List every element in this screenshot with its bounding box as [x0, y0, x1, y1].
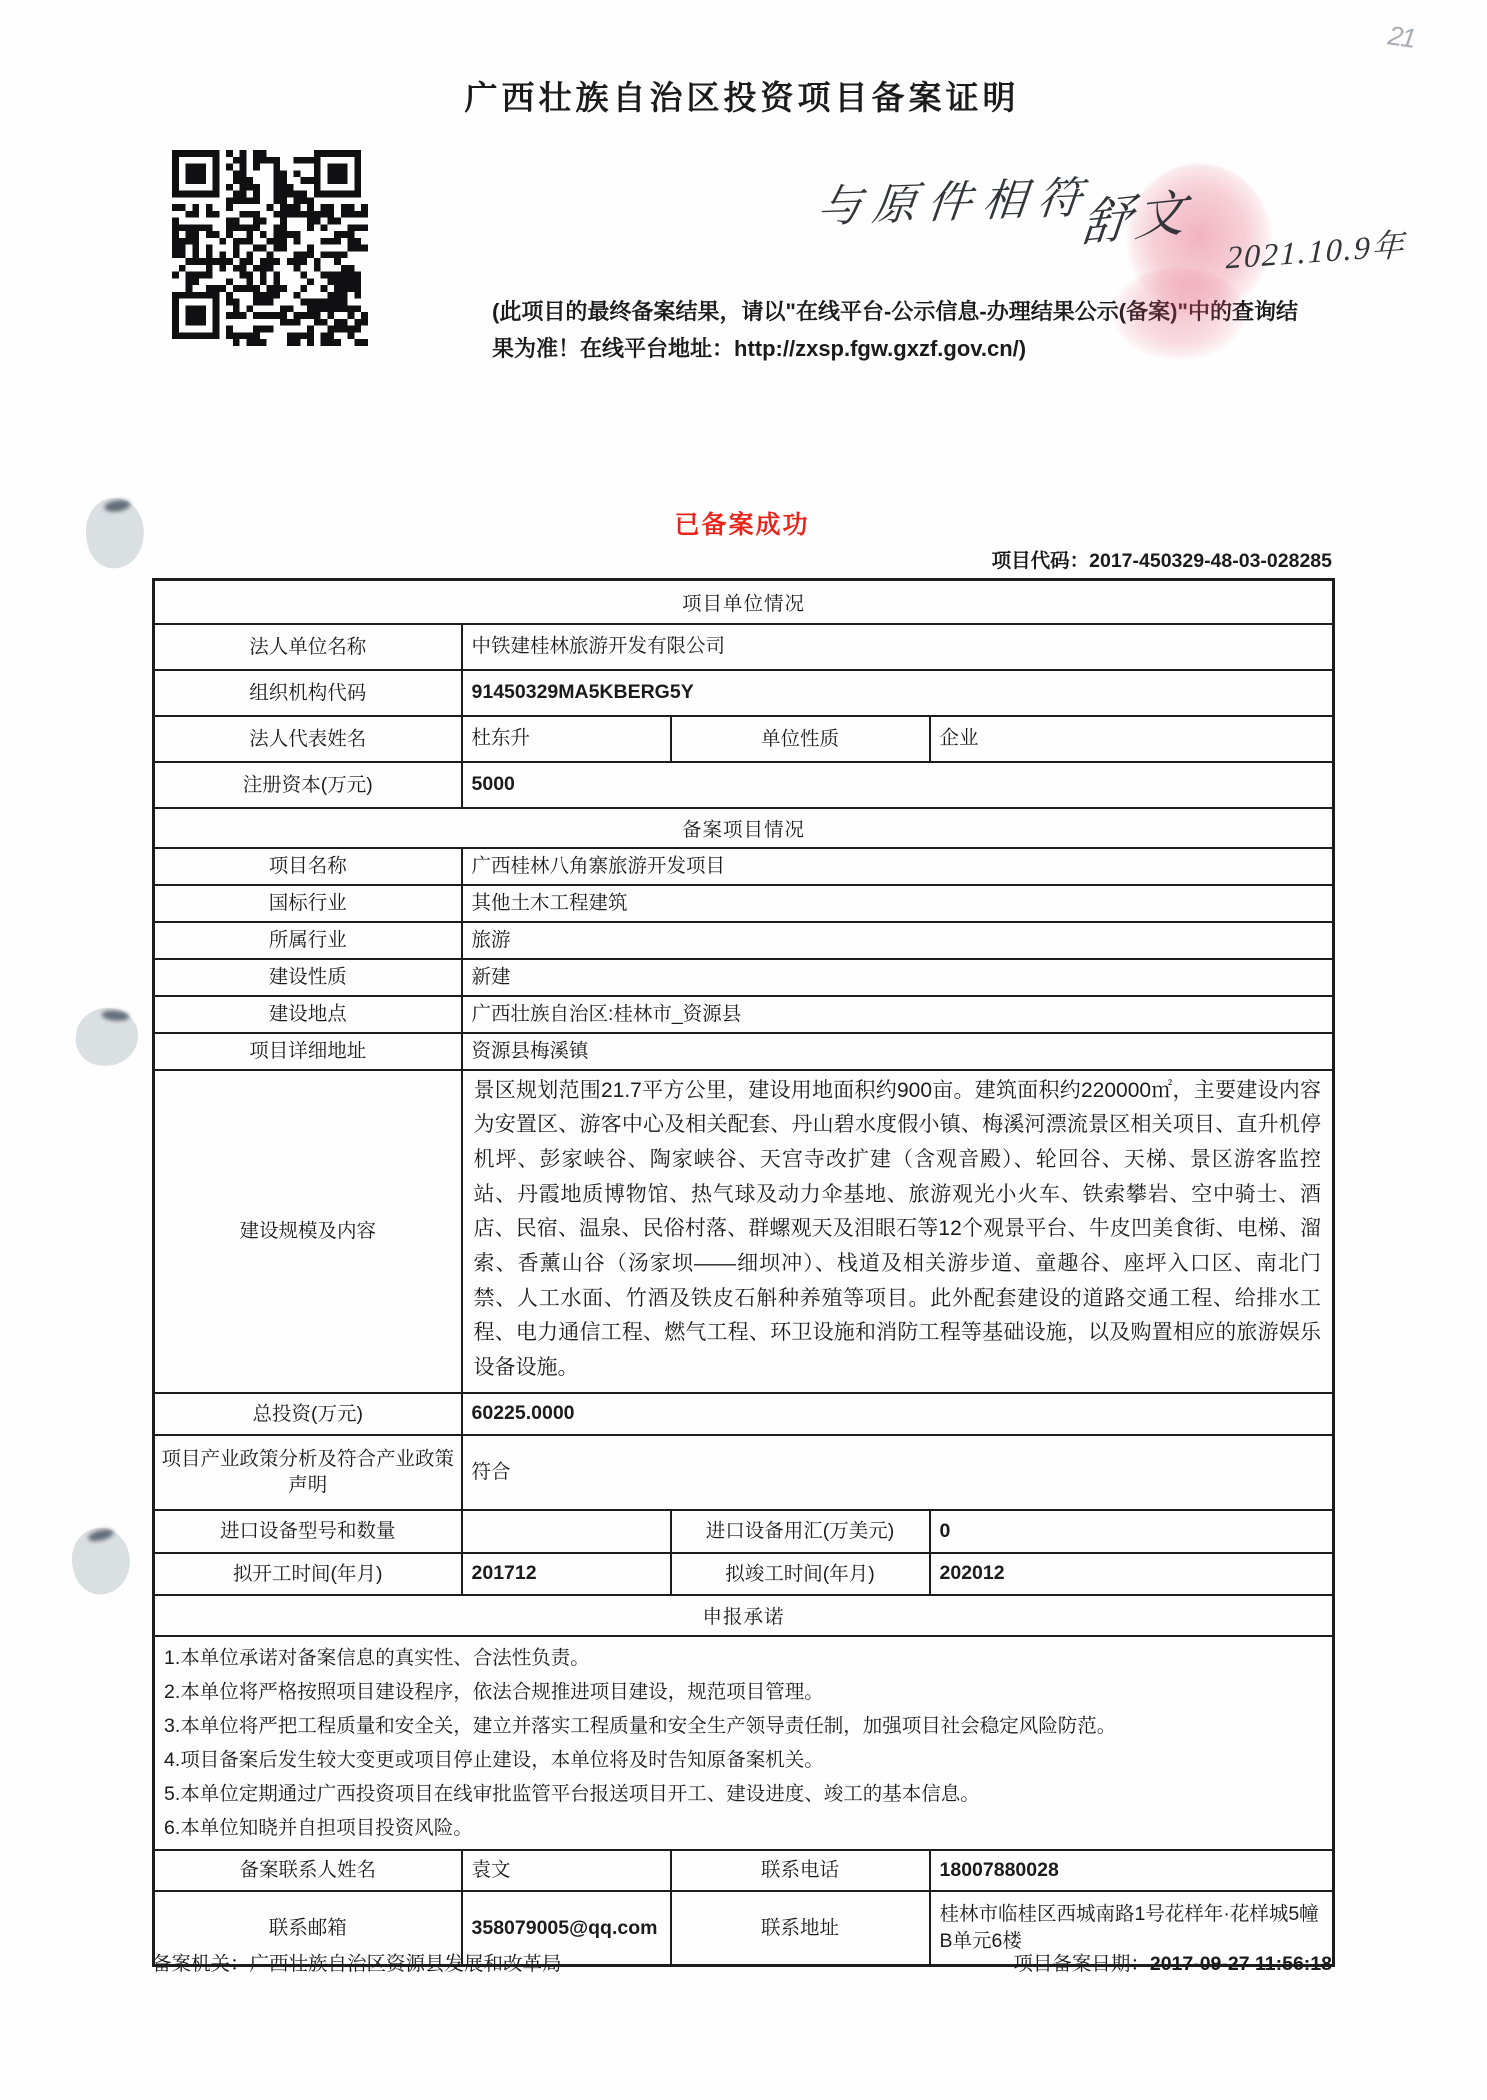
field-label: 国标行业: [154, 885, 462, 922]
filing-status-text: 已备案成功: [152, 505, 1332, 541]
red-fingerprint-stamp-smudge: [1112, 268, 1246, 360]
field-label: 建设地点: [154, 996, 462, 1033]
qr-code-icon: [172, 150, 368, 346]
field-label: 联系电话: [671, 1850, 930, 1891]
table-row: 进口设备型号和数量 进口设备用汇(万美元) 0: [154, 1510, 1334, 1553]
table-row: 项目产业政策分析及符合产业政策声明 符合: [154, 1435, 1334, 1510]
scanned-document-page: 21 广西壮族自治区投资项目备案证明 (此项目的最终备案结果，请以"在线平台-公…: [0, 0, 1487, 2100]
filing-date: 项目备案日期：2017-09-27 11:56:18: [1013, 1948, 1332, 1976]
field-value: 杜东升: [462, 716, 671, 762]
filing-authority: 备案机关：广西壮族自治区资源县发展和改革局: [152, 1948, 562, 1976]
project-code-label: 项目代码：: [992, 550, 1090, 572]
filing-table: 项目单位情况 法人单位名称 中铁建桂林旅游开发有限公司 组织机构代码 91450…: [152, 578, 1335, 1967]
punch-hole-artifact: [81, 494, 148, 571]
commitment-item: 6.本单位知晓并自担项目投资风险。: [164, 1811, 1323, 1845]
field-label: 法人单位名称: [154, 624, 462, 670]
field-label: 建设规模及内容: [154, 1070, 462, 1393]
table-row: 法人单位名称 中铁建桂林旅游开发有限公司: [154, 624, 1334, 670]
field-value: 0: [930, 1510, 1334, 1553]
field-value: 符合: [462, 1435, 1334, 1510]
field-label: 单位性质: [671, 716, 930, 762]
field-label: 组织机构代码: [154, 670, 462, 716]
section-header-commitment: 申报承诺: [154, 1595, 1334, 1636]
table-row: 建设地点 广西壮族自治区:桂林市_资源县: [154, 996, 1334, 1033]
table-row: 备案联系人姓名 袁文 联系电话 18007880028: [154, 1850, 1334, 1891]
handwritten-note: 与原件相符: [815, 161, 1097, 235]
field-value: 景区规划范围21.7平方公里，建设用地面积约900亩。建筑面积约220000㎡，…: [462, 1070, 1334, 1393]
punch-hole-artifact: [65, 1522, 137, 1600]
field-label: 项目名称: [154, 848, 462, 885]
table-row: 法人代表姓名 杜东升 单位性质 企业: [154, 716, 1334, 762]
field-value: 5000: [462, 762, 1334, 808]
field-label: 拟竣工时间(年月): [671, 1553, 930, 1595]
section-row-commitment: 申报承诺: [154, 1595, 1334, 1636]
field-value: 18007880028: [930, 1850, 1334, 1891]
field-label: 进口设备型号和数量: [154, 1510, 462, 1553]
qr-code-pattern: [172, 150, 368, 346]
field-label: 所属行业: [154, 922, 462, 959]
field-label: 建设性质: [154, 959, 462, 996]
section-header-unit: 项目单位情况: [154, 580, 1334, 624]
document-footer: 备案机关：广西壮族自治区资源县发展和改革局 项目备案日期：2017-09-27 …: [152, 1948, 1332, 1976]
field-value: 201712: [462, 1553, 671, 1595]
commitment-item: 4.项目备案后发生较大变更或项目停止建设，本单位将及时告知原备案机关。: [164, 1743, 1323, 1777]
field-label: 总投资(万元): [154, 1393, 462, 1435]
table-row: 建设性质 新建: [154, 959, 1334, 996]
filing-date-label: 项目备案日期：: [1013, 1953, 1150, 1975]
table-row: 组织机构代码 91450329MA5KBERG5Y: [154, 670, 1334, 716]
commitment-item: 2.本单位将严格按照项目建设程序，依法合规推进项目建设，规范项目管理。: [164, 1675, 1323, 1709]
field-value: 广西桂林八角寨旅游开发项目: [462, 848, 1334, 885]
field-value: [462, 1510, 671, 1553]
commitment-item: 1.本单位承诺对备案信息的真实性、合法性负责。: [164, 1641, 1323, 1675]
field-value: 广西壮族自治区:桂林市_资源县: [462, 996, 1334, 1033]
field-value: 袁文: [462, 1850, 671, 1891]
project-code-line: 项目代码：2017-450329-48-03-028285: [152, 545, 1332, 573]
field-value: 旅游: [462, 922, 1334, 959]
section-row-unit: 项目单位情况: [154, 580, 1334, 624]
field-label: 拟开工时间(年月): [154, 1553, 462, 1595]
field-value: 其他土木工程建筑: [462, 885, 1334, 922]
table-row: 建设规模及内容 景区规划范围21.7平方公里，建设用地面积约900亩。建筑面积约…: [154, 1070, 1334, 1393]
table-row: 注册资本(万元) 5000: [154, 762, 1334, 808]
punch-hole-artifact: [74, 1005, 141, 1068]
field-value: 中铁建桂林旅游开发有限公司: [462, 624, 1334, 670]
field-value: 202012: [930, 1553, 1334, 1595]
commitment-item: 5.本单位定期通过广西投资项目在线审批监管平台报送项目开工、建设进度、竣工的基本…: [164, 1777, 1323, 1811]
field-label: 项目详细地址: [154, 1033, 462, 1070]
field-value: 新建: [462, 959, 1334, 996]
field-value: 91450329MA5KBERG5Y: [462, 670, 1334, 716]
commitment-item: 3.本单位将严把工程质量和安全关，建立并落实工程质量和安全生产领导责任制，加强项…: [164, 1709, 1323, 1743]
filing-date-value: 2017-09-27 11:56:18: [1150, 1953, 1332, 1975]
page-title: 广西壮族自治区投资项目备案证明: [152, 72, 1332, 119]
field-label: 注册资本(万元): [154, 762, 462, 808]
field-value: 企业: [930, 716, 1334, 762]
handwritten-signature: 舒文: [1078, 172, 1193, 256]
field-label: 备案联系人姓名: [154, 1850, 462, 1891]
section-row-project: 备案项目情况: [154, 808, 1334, 848]
field-label: 法人代表姓名: [154, 716, 462, 762]
field-label: 项目产业政策分析及符合产业政策声明: [154, 1435, 462, 1510]
table-row: 总投资(万元) 60225.0000: [154, 1393, 1334, 1435]
project-code-value: 2017-450329-48-03-028285: [1089, 550, 1332, 572]
field-value: 资源县梅溪镇: [462, 1033, 1334, 1070]
commitment-list: 1.本单位承诺对备案信息的真实性、合法性负责。 2.本单位将严格按照项目建设程序…: [154, 1636, 1334, 1850]
table-row: 所属行业 旅游: [154, 922, 1334, 959]
handwritten-page-number: 21: [1386, 20, 1416, 54]
table-row: 1.本单位承诺对备案信息的真实性、合法性负责。 2.本单位将严格按照项目建设程序…: [154, 1636, 1334, 1850]
section-header-project: 备案项目情况: [154, 808, 1334, 848]
table-row: 拟开工时间(年月) 201712 拟竣工时间(年月) 202012: [154, 1553, 1334, 1595]
table-row: 项目详细地址 资源县梅溪镇: [154, 1033, 1334, 1070]
field-label: 进口设备用汇(万美元): [671, 1510, 930, 1553]
table-row: 项目名称 广西桂林八角寨旅游开发项目: [154, 848, 1334, 885]
field-value: 60225.0000: [462, 1393, 1334, 1435]
table-row: 国标行业 其他土木工程建筑: [154, 885, 1334, 922]
